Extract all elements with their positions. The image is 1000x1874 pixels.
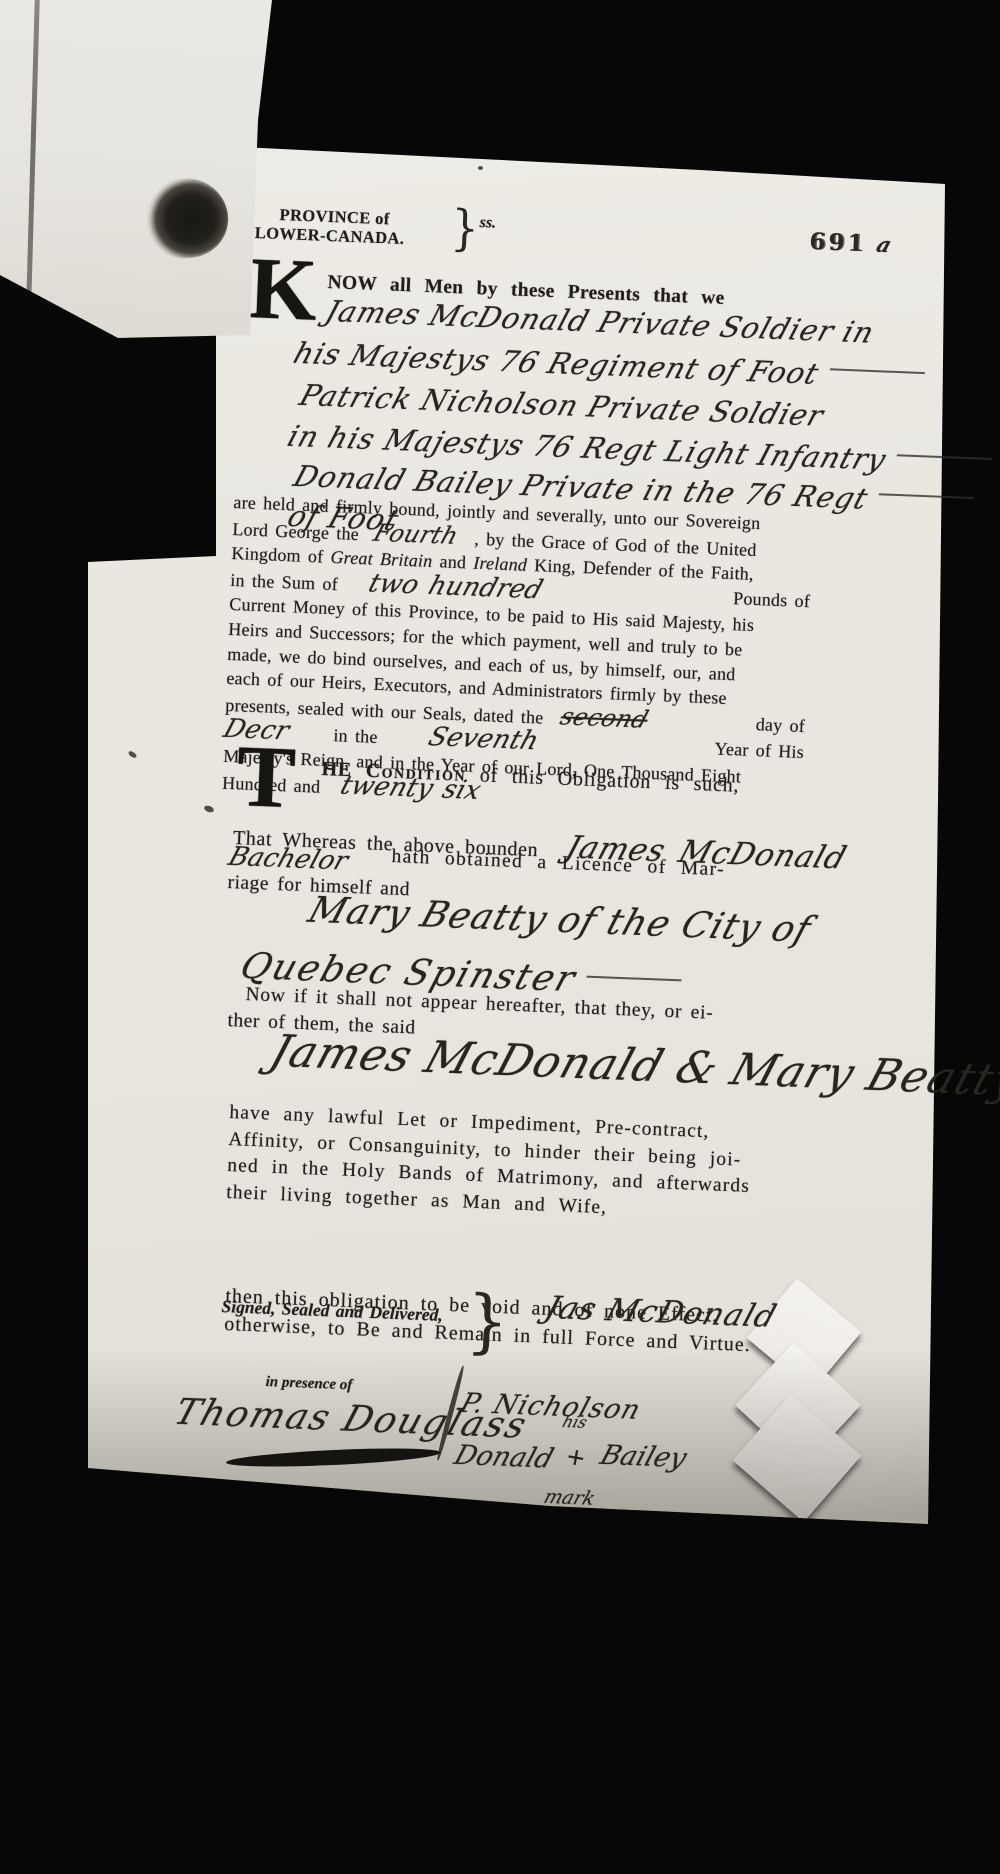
hw-signature-bailey-last: Bailey <box>596 1440 690 1474</box>
header-brace: } <box>450 200 480 257</box>
ink-speck-2 <box>203 804 214 813</box>
bond-line-9c: day of <box>755 712 805 739</box>
folio-stamp: 691 a <box>809 228 895 258</box>
hw-couple-names: James McDonald & Mary Beatty <box>264 1026 1000 1106</box>
wax-seal-mark <box>141 173 233 264</box>
hw-regnal-year: Seventh <box>425 726 541 755</box>
bond-line-4c: Pounds of <box>733 586 811 614</box>
in-presence-label: in presence of <box>265 1374 352 1394</box>
bailey-cross-mark: + <box>564 1438 588 1478</box>
bond-line-10d: Year of His <box>714 737 804 765</box>
ink-speck-3 <box>478 166 483 170</box>
ink-speck-1 <box>127 750 137 759</box>
condition-he: HE <box>321 758 352 781</box>
hw-mark-label: mark <box>541 1486 598 1510</box>
bond-line-4a: in the Sum of <box>230 570 338 594</box>
paper-fold-line <box>25 0 39 338</box>
bond-line-3d: Ireland <box>473 553 527 575</box>
attestation-brace: } <box>465 1280 510 1362</box>
bond-line-3a: Kingdom of <box>231 543 331 567</box>
scanned-document-canvas: { "header": { "province_line1": "PROVINC… <box>0 0 1000 1874</box>
folio-suffix: a <box>874 232 898 257</box>
dropcap-t: T <box>236 746 294 810</box>
header-ss: ss. <box>479 214 496 233</box>
hw-his-label: his <box>560 1412 589 1432</box>
bond-line-2a: Lord George the <box>232 519 359 544</box>
dropcap-k: K <box>248 258 316 323</box>
hw-bachelor: Bachelor <box>225 842 352 876</box>
hw-day: second <box>557 704 651 732</box>
bond-line-10b: in the <box>333 726 378 748</box>
folio-number: 691 <box>809 228 867 257</box>
impediment-paragraph: have any lawful Let or Impediment, Pre-c… <box>226 1100 753 1227</box>
bond-line-3c: and <box>432 551 474 573</box>
hw-fourth: Fourth <box>370 520 461 548</box>
hw-bride-line-1: Mary Beatty of the City of <box>303 890 816 951</box>
bond-line-3b: Great Britain <box>330 547 433 571</box>
signature-flourish <box>222 1445 445 1470</box>
hw-signature-bailey-first: Donald <box>450 1440 557 1475</box>
condition-word: Condition <box>365 760 466 786</box>
